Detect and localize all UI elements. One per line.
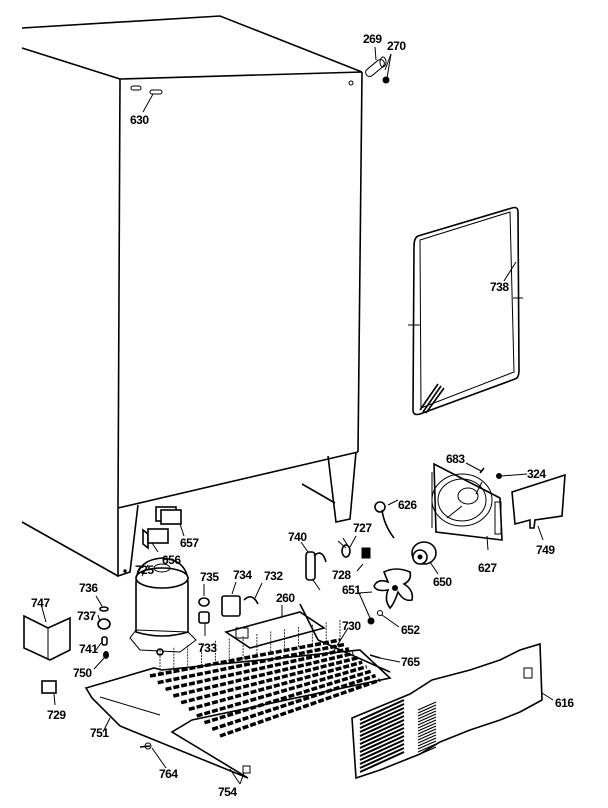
label-683: 683	[446, 453, 465, 465]
label-735: 735	[200, 571, 219, 583]
label-730: 730	[342, 620, 361, 632]
label-728: 728	[332, 569, 351, 581]
brackets	[143, 507, 184, 552]
label-734: 734	[233, 569, 252, 581]
label-656: 656	[162, 554, 181, 566]
label-765: 765	[401, 656, 420, 668]
label-725: 725	[135, 564, 154, 576]
label-733: 733	[198, 642, 217, 654]
diagram-drawing	[0, 0, 608, 808]
label-754: 754	[218, 786, 237, 798]
fan-motor	[412, 542, 438, 574]
label-750: 750	[73, 667, 92, 679]
label-727: 727	[353, 522, 372, 534]
label-627: 627	[478, 562, 497, 574]
label-270: 270	[387, 40, 406, 52]
label-740: 740	[288, 531, 307, 543]
label-626: 626	[398, 499, 417, 511]
cabinet	[22, 16, 362, 576]
label-324: 324	[527, 468, 546, 480]
fan-blade	[359, 569, 412, 627]
label-650: 650	[433, 576, 452, 588]
label-741: 741	[79, 643, 98, 655]
label-751: 751	[90, 727, 109, 739]
label-737: 737	[77, 610, 96, 622]
label-732: 732	[264, 570, 283, 582]
clip-765	[370, 655, 400, 662]
label-747: 747	[31, 597, 50, 609]
label-657: 657	[180, 537, 199, 549]
label-764: 764	[159, 768, 178, 780]
grille	[352, 644, 553, 778]
label-749: 749	[536, 544, 555, 556]
label-652: 652	[401, 624, 420, 636]
label-269: 269	[363, 33, 382, 45]
label-260: 260	[276, 592, 295, 604]
label-616: 616	[555, 697, 574, 709]
heater-loop	[408, 208, 523, 415]
label-630: 630	[130, 114, 149, 126]
fan-shroud	[432, 464, 502, 550]
grommet-626	[375, 500, 398, 538]
label-736: 736	[79, 582, 98, 594]
valve-and-clamp	[338, 536, 370, 571]
label-651: 651	[342, 584, 361, 596]
drier	[301, 542, 326, 590]
parts-diagram: 269 270 630 738 683 324 626 749 627 650 …	[0, 0, 608, 808]
label-738: 738	[490, 281, 509, 293]
label-729: 729	[47, 709, 66, 721]
